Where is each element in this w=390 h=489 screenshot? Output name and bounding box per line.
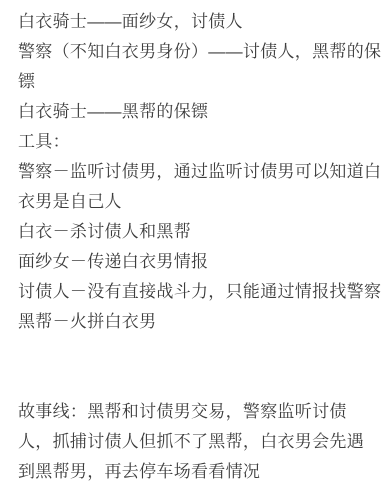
text-line (18, 367, 382, 397)
text-line: 镖 (18, 67, 382, 97)
text-line: 警察（不知白衣男身份）——讨债人，黑帮的保 (18, 37, 382, 67)
note-text-content: 白衣骑士——面纱女，讨债人警察（不知白衣男身份）——讨债人，黑帮的保镖白衣骑士—… (0, 0, 390, 487)
text-line: 到黑帮男，再去停车场看看情况 (18, 457, 382, 487)
text-line: 白衣骑士——黑帮的保镖 (18, 97, 382, 127)
text-line: 故事线：黑帮和讨债男交易，警察监听讨债 (18, 397, 382, 427)
text-line: 黑帮－火拼白衣男 (18, 307, 382, 337)
text-line: 警察－监听讨债男，通过监听讨债男可以知道白 (18, 157, 382, 187)
text-line: 人，抓捕讨债人但抓不了黑帮，白衣男会先遇 (18, 427, 382, 457)
text-line: 衣男是自己人 (18, 187, 382, 217)
text-line: 面纱女－传递白衣男情报 (18, 247, 382, 277)
text-line: 白衣－杀讨债人和黑帮 (18, 217, 382, 247)
text-line (18, 337, 382, 367)
text-line: 白衣骑士——面纱女，讨债人 (18, 7, 382, 37)
note-page: 白衣骑士——面纱女，讨债人警察（不知白衣男身份）——讨债人，黑帮的保镖白衣骑士—… (0, 0, 390, 489)
text-line: 工具： (18, 127, 382, 157)
text-line: 讨债人－没有直接战斗力，只能通过情报找警察 (18, 277, 382, 307)
